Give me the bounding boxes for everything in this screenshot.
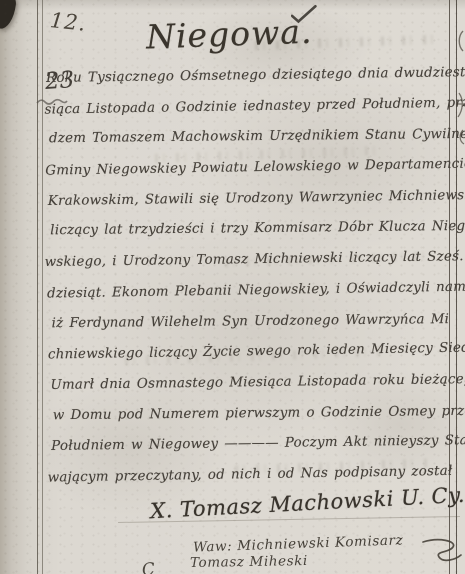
signature-witness-2: Tomasz Miheski [190, 553, 308, 571]
adjacent-column-fragment [456, 128, 465, 146]
record-text-line: liczący lat trzydzieści i trzy Kommisarz… [50, 219, 462, 254]
signature-fragment: C [141, 559, 156, 574]
record-body: Roku Tysiącznego Ośmsetnego dziesiątego … [46, 65, 465, 500]
left-column-rule [37, 0, 43, 574]
signature-flourish [421, 537, 463, 565]
record-text-line: Umarł dnia Osmnastego Miesiąca Listopada… [50, 372, 464, 408]
adjacent-column-fragment [456, 30, 465, 52]
ink-tick-mark [290, 4, 319, 26]
register-page-scan: 12. 23 Niegowa. Roku Tysiącznego Ośmsetn… [0, 0, 465, 574]
record-text-line: w Domu pod Numerem pierwszym o Godzinie … [53, 403, 465, 438]
adjacent-column-fragment [457, 92, 465, 118]
binding-corner-mark [0, 0, 17, 30]
page-entry-number: 12. [49, 8, 88, 36]
record-text-line: dziesiąt. Ekonom Plebanii Niegowskiey, i… [47, 279, 463, 317]
